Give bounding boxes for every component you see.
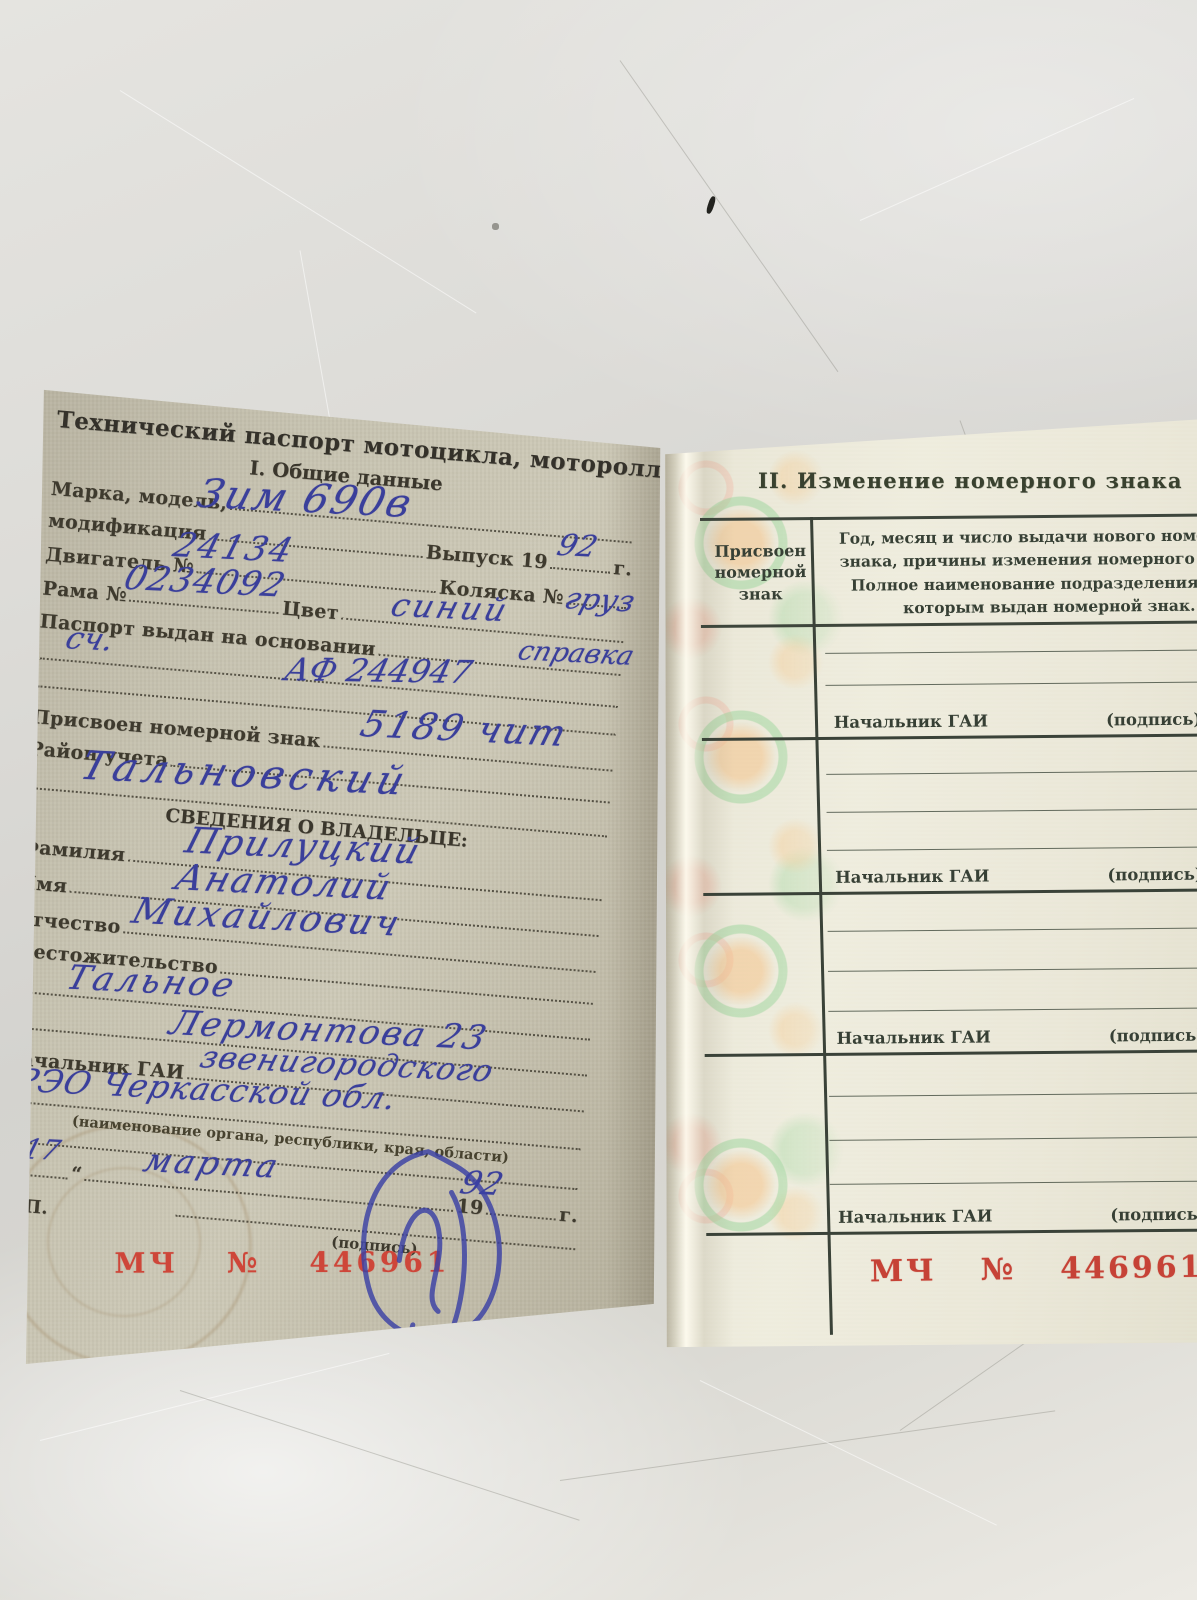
ruled-line — [825, 649, 1197, 654]
table-header-col1: Присвоен номерной знак — [700, 520, 821, 625]
ink-signature — [332, 1129, 522, 1413]
passport-left-page: Технический паспорт мотоцикла, моторолле… — [24, 382, 666, 1368]
ruled-line — [828, 927, 1197, 932]
serial-mch: МЧ — [114, 1247, 179, 1280]
table-header-row: Присвоен номерной знак Год, месяц и числ… — [700, 513, 1197, 628]
handwritten-kolyaska: груз — [561, 585, 638, 618]
serial-digits: 446961 — [1060, 1250, 1197, 1287]
handwritten-osnovanie-1: сч. — [62, 624, 117, 657]
table-row: Начальник ГАИ (подпись) — [703, 891, 1197, 1057]
scratch-mark — [180, 1390, 580, 1521]
serial-number-sign: № — [227, 1246, 262, 1279]
dotted-line — [8, 1172, 68, 1179]
handwritten-vypusk-year: 92 — [554, 531, 601, 562]
handwritten-osnovanie-3: справка — [515, 638, 637, 670]
row-footer: Начальник ГАИ (подпись) — [830, 1204, 1197, 1227]
chief-gai-label: Начальник ГАИ — [834, 711, 988, 731]
handwritten-date-day: 17 — [20, 1136, 64, 1165]
dark-speck — [705, 196, 716, 215]
ruled-line — [829, 1136, 1197, 1141]
handwritten-rama: 0234092 — [121, 561, 290, 602]
signature-caption: (подпись) — [1107, 865, 1197, 885]
number-change-table: Присвоен номерной знак Год, месяц и числ… — [700, 513, 1197, 1236]
handwritten-osnovanie-2: АФ 244947 — [282, 654, 476, 688]
serial-mch: МЧ — [870, 1253, 937, 1289]
scratch-mark — [860, 98, 1134, 221]
handwritten-date-month: марта — [140, 1144, 284, 1183]
ruled-line — [830, 1180, 1197, 1185]
handwritten-tsvet: синий — [388, 589, 514, 626]
quote-close: “ — [70, 1163, 83, 1186]
dark-speck — [492, 223, 499, 230]
imya-label: Имя — [17, 871, 68, 897]
scratch-mark — [620, 60, 839, 372]
left-page-content: Технический паспорт мотоцикла, моторолле… — [0, 406, 642, 1318]
ruled-line — [825, 681, 1197, 686]
signature-caption: (подпись) — [1106, 710, 1197, 730]
table-row: Начальник ГАИ (подпись) М. — [701, 623, 1197, 741]
right-page-heading: II. Изменение номерного знака — [758, 468, 1183, 493]
scratch-mark — [560, 1410, 1055, 1481]
table-row: Начальник ГАИ (подпись) — [705, 1052, 1197, 1236]
quote-open: „ — [0, 1156, 6, 1179]
serial-number-sign: № — [980, 1252, 1016, 1287]
scratch-mark — [40, 1353, 390, 1441]
ruled-line — [828, 967, 1197, 972]
ruled-line — [829, 1092, 1197, 1097]
table-row: Начальник ГАИ (подпись) М. — [702, 736, 1197, 896]
chief-gai-label: Начальник ГАИ — [838, 1206, 992, 1226]
ruled-line — [827, 846, 1197, 851]
handwritten-mesto-1: Тальное — [63, 961, 241, 1003]
signature-caption: (подпись) — [1110, 1205, 1197, 1225]
ruled-line — [826, 770, 1197, 775]
signature-caption: (подпись) — [1109, 1026, 1197, 1046]
scratch-mark — [700, 1380, 997, 1526]
row-footer: Начальник ГАИ (подпись) — [828, 1025, 1197, 1048]
god-label: г. — [558, 1204, 579, 1228]
god-label: г. — [613, 557, 634, 581]
handwritten-marka: Зим 690в — [193, 474, 418, 524]
handwritten-nomer: 5189 чит — [357, 705, 573, 751]
ruled-line — [827, 808, 1197, 813]
passport-right-page: II. Изменение номерного знака Присвоен н… — [662, 412, 1197, 1350]
row-footer: Начальник ГАИ (подпись) М. — [826, 709, 1197, 732]
photo-of-document: II. Изменение номерного знака Присвоен н… — [0, 0, 1197, 1600]
dotted-line — [550, 567, 610, 574]
chief-gai-label: Начальник ГАИ — [835, 866, 989, 886]
mp-place-label: М. П. — [0, 1193, 49, 1219]
chief-gai-label: Начальник ГАИ — [836, 1027, 990, 1047]
form-serial-number: МЧ № 446961 — [870, 1250, 1197, 1290]
ruled-line — [828, 1007, 1197, 1012]
table-header-col2: Год, месяц и число выдачи нового номерно… — [820, 516, 1197, 624]
row-footer: Начальник ГАИ (подпись) М. — [827, 864, 1197, 887]
scratch-mark — [120, 90, 477, 313]
